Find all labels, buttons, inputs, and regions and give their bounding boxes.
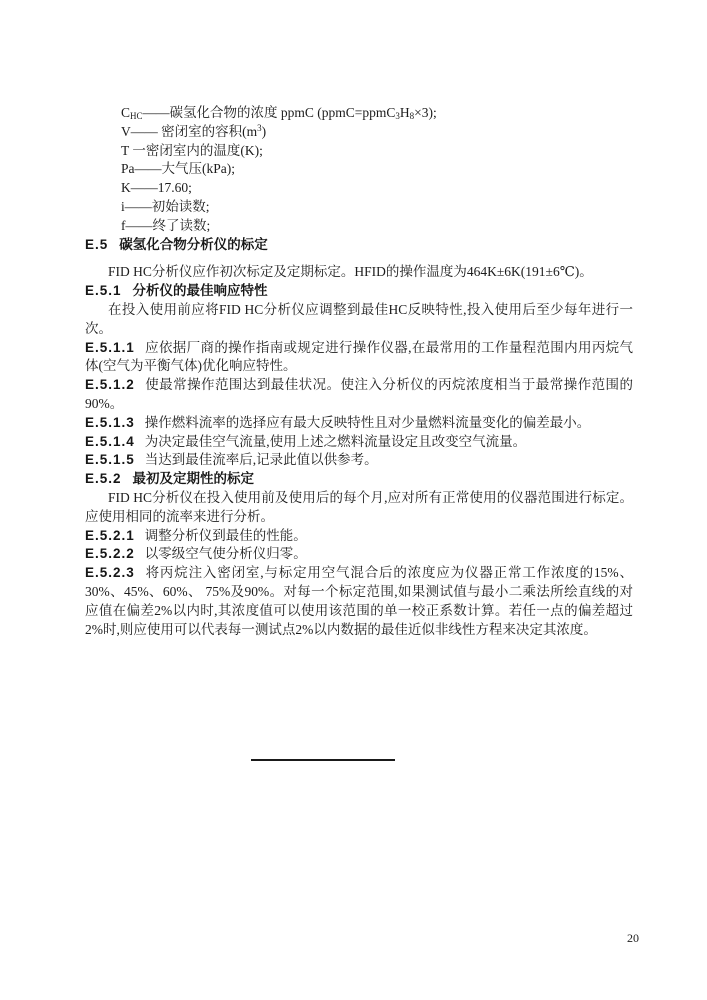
section-number: E.5.2 — [85, 471, 122, 486]
clause-e514: E.5.1.4为决定最佳空气流量,使用上述之燃料流量设定且改变空气流量。 — [85, 433, 633, 452]
clause-number: E.5.2.3 — [85, 565, 135, 580]
clause-number: E.5.1.4 — [85, 434, 135, 449]
clause-number: E.5.1.3 — [85, 415, 135, 430]
section-title: 碳氢化合物分析仪的标定 — [119, 237, 268, 252]
section-title: 最初及定期性的标定 — [133, 471, 255, 486]
clause-text: 当达到最佳流率后,记录此值以供参考。 — [145, 452, 378, 467]
clause-e521: E.5.2.1调整分析仪到最佳的性能。 — [85, 527, 633, 546]
clause-e522: E.5.2.2以零级空气使分析仪归零。 — [85, 545, 633, 564]
definition-f: f——终了读数; — [121, 217, 633, 236]
page-number: 20 — [613, 931, 653, 946]
clause-number: E.5.1.5 — [85, 452, 135, 467]
paragraph-e51-intro: 在投入使用前应将FID HC分析仪应调整到最佳HC反映特性,投入使用后至少每年进… — [85, 301, 633, 339]
paragraph-e52-intro: FID HC分析仪在投入使用前及使用后的每个月,应对所有正常使用的仪器范围进行标… — [85, 489, 633, 527]
section-heading-e51: E.5.1分析仪的最佳响应特性 — [85, 282, 633, 301]
section-number: E.5.1 — [85, 283, 122, 298]
clause-text: 使最常操作范围达到最佳状况。使注入分析仪的丙烷浓度相当于最常操作范围的90%。 — [85, 377, 633, 411]
definition-pa: Pa——大气压(kPa); — [121, 160, 633, 179]
symbol-definitions: CHC——碳氢化合物的浓度 ppmC (ppmC=ppmC3H8×3); V——… — [85, 104, 633, 236]
document-page: CHC——碳氢化合物的浓度 ppmC (ppmC=ppmC3H8×3); V——… — [0, 0, 707, 1000]
definition-k: K——17.60; — [121, 179, 633, 198]
clause-e511: E.5.1.1应依据厂商的操作指南或规定进行操作仪器,在最常用的工作量程范围内用… — [85, 339, 633, 377]
clause-text: 操作燃料流率的选择应有最大反映特性且对少量燃料流量变化的偏差最小。 — [145, 415, 591, 430]
clause-number: E.5.2.1 — [85, 528, 135, 543]
section-number: E.5 — [85, 237, 108, 252]
document-body: CHC——碳氢化合物的浓度 ppmC (ppmC=ppmC3H8×3); V——… — [85, 104, 633, 639]
clause-number: E.5.1.2 — [85, 377, 135, 392]
definition-v: V—— 密闭室的容积(m3) — [121, 123, 633, 142]
clause-text: 调整分析仪到最佳的性能。 — [145, 528, 307, 543]
end-of-text-separator-line — [251, 759, 395, 761]
clause-text: 以零级空气使分析仪归零。 — [145, 546, 307, 561]
definition-i: i——初始读数; — [121, 198, 633, 217]
definition-chc: CHC——碳氢化合物的浓度 ppmC (ppmC=ppmC3H8×3); — [121, 104, 633, 123]
section-title: 分析仪的最佳响应特性 — [133, 283, 268, 298]
clause-text: 应依据厂商的操作指南或规定进行操作仪器,在最常用的工作量程范围内用丙烷气体(空气… — [85, 340, 633, 374]
clause-e512: E.5.1.2使最常操作范围达到最佳状况。使注入分析仪的丙烷浓度相当于最常操作范… — [85, 376, 633, 414]
paragraph-e5-intro: FID HC分析仪应作初次标定及定期标定。HFID的操作温度为464K±6K(1… — [85, 263, 633, 282]
section-heading-e52: E.5.2最初及定期性的标定 — [85, 470, 633, 489]
clause-number: E.5.2.2 — [85, 546, 135, 561]
clause-text: 为决定最佳空气流量,使用上述之燃料流量设定且改变空气流量。 — [145, 434, 526, 449]
clause-number: E.5.1.1 — [85, 340, 135, 355]
clause-e515: E.5.1.5当达到最佳流率后,记录此值以供参考。 — [85, 451, 633, 470]
clause-text: 将丙烷注入密闭室,与标定用空气混合后的浓度应为仪器正常工作浓度的15%、30%、… — [85, 565, 633, 636]
section-heading-e5: E.5碳氢化合物分析仪的标定 — [85, 236, 633, 255]
clause-e523: E.5.2.3将丙烷注入密闭室,与标定用空气混合后的浓度应为仪器正常工作浓度的1… — [85, 564, 633, 639]
definition-t: T 一密闭室内的温度(K); — [121, 142, 633, 161]
clause-e513: E.5.1.3操作燃料流率的选择应有最大反映特性且对少量燃料流量变化的偏差最小。 — [85, 414, 633, 433]
